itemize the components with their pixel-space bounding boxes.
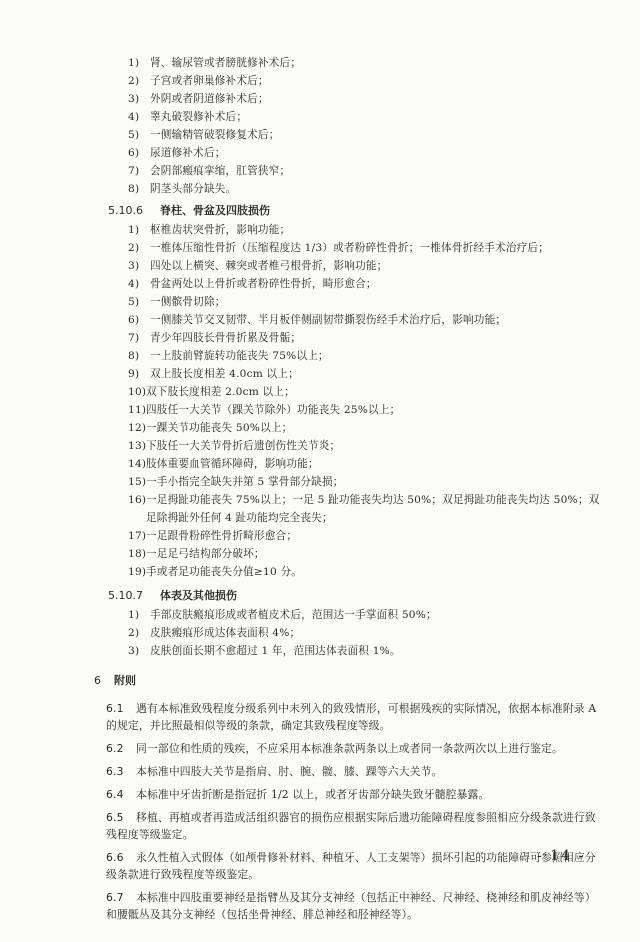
list-item: 19)手或者足功能丧失分值≥10 分。 (128, 565, 302, 579)
item-text: 一足足弓结构部分破坏； (146, 548, 265, 560)
item-number: 13) (128, 439, 146, 453)
item-text: 外阴或者阴道修补术后； (150, 93, 269, 105)
item-text: 阴茎头部分缺失。 (150, 183, 236, 195)
item-number: 2) (128, 74, 150, 88)
item-number: 3) (128, 259, 150, 273)
section-heading-5-10-6: 5.10.6脊柱、骨盆及四肢损伤 (108, 202, 270, 218)
paragraph-6-1: 6.1遇有本标准致残程度分级系列中未列入的致残情形，可根据残疾的实际情况，依据本… (106, 700, 606, 734)
item-number: 15) (128, 475, 146, 489)
item-number: 14) (128, 457, 146, 471)
chapter-heading-6: 6附则 (94, 672, 136, 688)
list-item: 9)双上肢长度相差 4.0cm 以上； (128, 367, 299, 381)
list-item: 16)一足拇趾功能丧失 75%以上；一足 5 趾功能丧失均达 50%；双足拇趾功… (128, 493, 599, 507)
list-item-continuation: 足除拇趾外任何 4 趾功能均完全丧失； (146, 511, 333, 525)
item-number: 19) (128, 565, 146, 579)
item-text: 肾、输尿管或者膀胱修补术后； (150, 57, 301, 69)
item-number: 1) (128, 223, 150, 237)
list-item: 12)一踝关节功能丧失 50%以上； (128, 421, 292, 435)
page-number: - 14 - (537, 848, 585, 864)
item-text: 一足拇趾功能丧失 75%以上；一足 5 趾功能丧失均达 50%；双足拇趾功能丧失… (146, 494, 599, 506)
list-item: 2)一椎体压缩性骨折（压缩程度达 1/3）或者粉碎性骨折；一椎体骨折经手术治疗后… (128, 241, 549, 255)
list-item: 8)一上肢前臂旋转功能丧失 75%以上； (128, 349, 329, 363)
item-text: 一椎体压缩性骨折（压缩程度达 1/3）或者粉碎性骨折；一椎体骨折经手术治疗后； (150, 242, 549, 254)
item-text: 永久性植入式假体（如颅骨修补材料、种植牙、人工支架等）损坏引起的功能障碍可参照相… (106, 851, 596, 881)
item-text: 四肢任一大关节（踝关节除外）功能丧失 25%以上； (146, 404, 400, 416)
item-number: 3) (128, 644, 150, 658)
item-number: 3) (128, 92, 150, 106)
item-text: 双上肢长度相差 4.0cm 以上； (150, 368, 299, 380)
list-item: 5)一侧髌骨切除； (128, 295, 226, 309)
list-item: 1)枢椎齿状突骨折，影响功能； (128, 223, 290, 237)
paragraph-6-5: 6.5移植、再植或者再造成活组织器官的损伤应根据实际后遗功能障碍程度参照相应分级… (106, 809, 606, 843)
item-number: 5) (128, 295, 150, 309)
item-text: 一踝关节功能丧失 50%以上； (146, 422, 292, 434)
item-text: 5.10.6 (108, 204, 160, 217)
item-text: 一侧髌骨切除； (150, 296, 226, 308)
item-number: 6.6 (106, 849, 136, 866)
list-item: 18)一足足弓结构部分破坏； (128, 547, 265, 561)
item-text: 同一部位和性质的残疾，不应采用本标准条款两条以上或者同一条款两次以上进行鉴定。 (136, 742, 563, 755)
section-heading-5-10-7: 5.10.7体表及其他损伤 (108, 587, 237, 603)
item-text: 手部皮肤瘢痕形成或者植皮术后，范围达一手掌面积 50%； (150, 609, 437, 621)
list-item: 10)双下肢长度相差 2.0cm 以上； (128, 385, 295, 399)
item-number: 6.5 (106, 809, 136, 826)
list-item: 2)子宫或者卵巢修补术后； (128, 74, 269, 88)
item-text: 皮肤瘢痕形成达体表面积 4%； (150, 627, 300, 639)
list-item: 6)尿道修补术后； (128, 146, 226, 160)
item-text: 6 (94, 674, 114, 687)
list-item: 1)肾、输尿管或者膀胱修补术后； (128, 56, 301, 70)
item-text: 一侧膝关节交叉韧带、半月板伴侧副韧带撕裂伤经手术治疗后，影响功能； (150, 314, 506, 326)
item-number: 1) (128, 608, 150, 622)
item-number: 1) (128, 56, 150, 70)
list-item: 2)皮肤瘢痕形成达体表面积 4%； (128, 626, 300, 640)
item-text: 本标准中牙齿折断是指冠折 1/2 以上，或者牙齿部分缺失致牙髓腔暴露。 (136, 788, 489, 801)
item-number: 7) (128, 164, 150, 178)
item-number: 6.1 (106, 700, 136, 717)
item-text: 手或者足功能丧失分值≥10 分。 (146, 566, 302, 578)
item-number: 6.4 (106, 786, 136, 803)
document-page: 1)肾、输尿管或者膀胱修补术后； 2)子宫或者卵巢修补术后； 3)外阴或者阴道修… (0, 0, 640, 942)
item-number: 6) (128, 313, 150, 327)
paragraph-6-2: 6.2同一部位和性质的残疾，不应采用本标准条款两条以上或者同一条款两次以上进行鉴… (106, 740, 606, 757)
list-item: 17)一足跟骨粉碎性骨折畸形愈合； (128, 529, 297, 543)
list-item: 11)四肢任一大关节（踝关节除外）功能丧失 25%以上； (128, 403, 400, 417)
item-number: 6) (128, 146, 150, 160)
item-number: 9) (128, 367, 150, 381)
item-text: 5.10.7 (108, 589, 160, 602)
item-number: 6.2 (106, 740, 136, 757)
item-number: 6.3 (106, 763, 136, 780)
list-item: 14)肢体重要血管循环障碍，影响功能； (128, 457, 319, 471)
item-text: 一上肢前臂旋转功能丧失 75%以上； (150, 350, 329, 362)
list-item: 3)皮肤创面长期不愈超过 1 年，范围达体表面积 1%。 (128, 644, 401, 658)
list-item: 15)一手小指完全缺失并第 5 掌骨部分缺损； (128, 475, 344, 489)
item-number: 5) (128, 128, 150, 142)
list-item: 3)外阴或者阴道修补术后； (128, 92, 269, 106)
item-number: 6.7 (106, 889, 136, 906)
item-text: 本标准中四肢重要神经是指臂丛及其分支神经（包括正中神经、尺神经、桡神经和肌皮神经… (106, 891, 596, 921)
list-item: 13)下肢任一大关节骨折后遗创伤性关节炎； (128, 439, 340, 453)
item-text: 会阴部瘢痕挛缩，肛管狭窄； (150, 165, 290, 177)
item-text: 骨盆两处以上骨折或者粉碎性骨折，畸形愈合； (150, 278, 377, 290)
item-text: 睾丸破裂修补术后； (150, 111, 247, 123)
list-item: 7)青少年四肢长骨骨折累及骨骺； (128, 331, 301, 345)
item-number: 11) (128, 403, 146, 417)
item-text: 移植、再植或者再造成活组织器官的损伤应根据实际后遗功能障碍程度参照相应分级条款进… (106, 811, 596, 841)
item-number: 4) (128, 110, 150, 124)
item-number: 7) (128, 331, 150, 345)
item-number: 18) (128, 547, 146, 561)
paragraph-6-3: 6.3本标准中四肢大关节是指肩、肘、腕、髋、膝、踝等六大关节。 (106, 763, 606, 780)
list-item: 1)手部皮肤瘢痕形成或者植皮术后，范围达一手掌面积 50%； (128, 608, 437, 622)
item-text: 本标准中四肢大关节是指肩、肘、腕、髋、膝、踝等六大关节。 (136, 765, 443, 778)
item-number: 12) (128, 421, 146, 435)
item-text: 附则 (114, 674, 136, 687)
item-text: 体表及其他损伤 (160, 589, 237, 602)
item-text: 四处以上横突、棘突或者椎弓根骨折，影响功能； (150, 260, 387, 272)
item-text: 双下肢长度相差 2.0cm 以上； (146, 386, 295, 398)
paragraph-6-7: 6.7本标准中四肢重要神经是指臂丛及其分支神经（包括正中神经、尺神经、桡神经和肌… (106, 889, 606, 923)
item-number: 2) (128, 241, 150, 255)
list-item: 6)一侧膝关节交叉韧带、半月板伴侧副韧带撕裂伤经手术治疗后，影响功能； (128, 313, 506, 327)
item-number: 4) (128, 277, 150, 291)
item-text: 一足跟骨粉碎性骨折畸形愈合； (146, 530, 297, 542)
list-item: 5)一侧输精管破裂修复术后； (128, 128, 280, 142)
item-text: 子宫或者卵巢修补术后； (150, 75, 269, 87)
item-number: 2) (128, 626, 150, 640)
item-number: 16) (128, 493, 146, 507)
item-text: 一手小指完全缺失并第 5 掌骨部分缺损； (146, 476, 344, 488)
item-text: 枢椎齿状突骨折，影响功能； (150, 224, 290, 236)
list-item: 8)阴茎头部分缺失。 (128, 182, 236, 196)
item-text: 青少年四肢长骨骨折累及骨骺； (150, 332, 301, 344)
item-number: 8) (128, 349, 150, 363)
item-number: 10) (128, 385, 146, 399)
list-item: 4)睾丸破裂修补术后； (128, 110, 247, 124)
paragraph-6-4: 6.4本标准中牙齿折断是指冠折 1/2 以上，或者牙齿部分缺失致牙髓腔暴露。 (106, 786, 606, 803)
item-text: 皮肤创面长期不愈超过 1 年，范围达体表面积 1%。 (150, 645, 401, 657)
item-text: 脊柱、骨盆及四肢损伤 (160, 204, 270, 217)
item-text: 下肢任一大关节骨折后遗创伤性关节炎； (146, 440, 340, 452)
paragraph-6-6: 6.6永久性植入式假体（如颅骨修补材料、种植牙、人工支架等）损坏引起的功能障碍可… (106, 849, 606, 883)
item-text: 肢体重要血管循环障碍，影响功能； (146, 458, 319, 470)
item-text: 遇有本标准致残程度分级系列中未列入的致残情形，可根据残疾的实际情况，依据本标准附… (106, 702, 596, 732)
item-text: 一侧输精管破裂修复术后； (150, 129, 280, 141)
list-item: 3)四处以上横突、棘突或者椎弓根骨折，影响功能； (128, 259, 387, 273)
item-number: 17) (128, 529, 146, 543)
item-number: 8) (128, 182, 150, 196)
item-text: 尿道修补术后； (150, 147, 226, 159)
list-item: 7)会阴部瘢痕挛缩，肛管狭窄； (128, 164, 290, 178)
list-item: 4)骨盆两处以上骨折或者粉碎性骨折，畸形愈合； (128, 277, 377, 291)
